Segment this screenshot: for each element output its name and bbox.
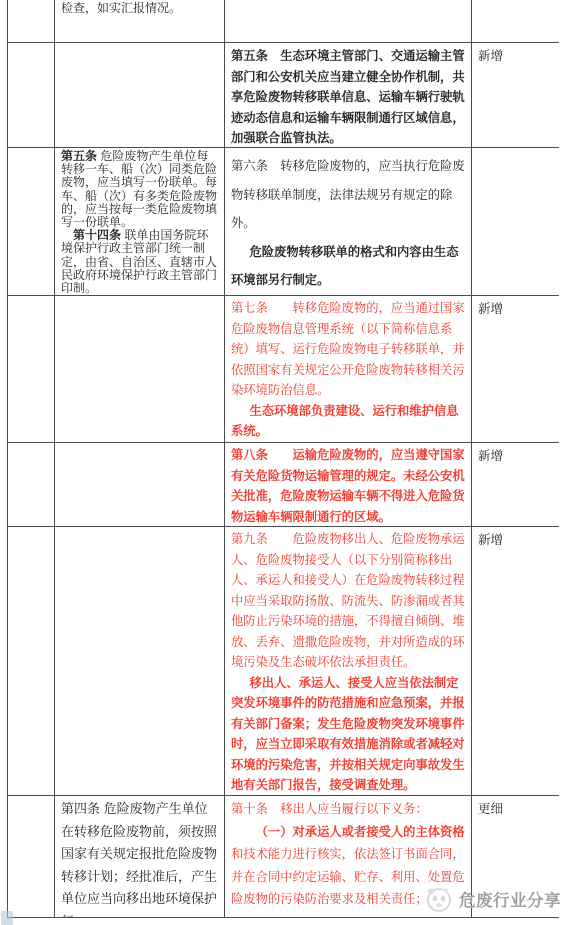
clause-text: 移出人、承运人、接受人应当依法制定突发环境事件的防范措施和应急预案，并报有关部门…	[231, 676, 465, 793]
clause-para: 第七条 转移危险废物的，应当通过国家危险废物信息管理系统（以下简称信息系统）填写…	[231, 298, 466, 401]
empty-cell	[8, 148, 55, 295]
clause-text: 危险废物转移联单的格式和内容由生态环境部另行制定。	[231, 245, 459, 288]
status-cell: 更细	[472, 796, 558, 917]
table-row: 第九条 危险废物移出人、危险废物承运人、危险废物接受人（以下分别简称移出人、承运…	[8, 527, 559, 796]
regulation-comparison-table: 检查，如实汇报情况。 第五条 生态环境主管部门、交通运输主管部门和公安机关应当建…	[7, 0, 559, 918]
status-cell: 新增	[472, 527, 558, 795]
clause-para: 第十条 移出人应当履行以下义务：	[231, 798, 466, 821]
clause-text-bold: （一）对承运人或者接受人的主体资格	[256, 825, 465, 839]
status-cell: 新增	[472, 296, 558, 442]
old-regulation-cell: 第五条 危险废物产生单位每转移一车、船（次）同类危险废物，应当填写一份联单。每车…	[55, 148, 225, 295]
status-badge: 新增	[478, 302, 503, 316]
clause-para: 移出人、承运人、接受人应当依法制定突发环境事件的防范措施和应急预案，并报有关部门…	[231, 673, 466, 796]
table-row: 第五条 危险废物产生单位每转移一车、船（次）同类危险废物，应当填写一份联单。每车…	[8, 148, 559, 296]
status-badge: 新增	[478, 449, 503, 463]
clause-para: 第六条 转移危险废物的，应当执行危险废物转移联单制度，法律法规另有规定的除外。	[231, 152, 466, 238]
empty-cell	[8, 527, 55, 795]
status-cell: 新增	[472, 43, 558, 147]
clause-text: 生态环境部负责建设、运行和维护信息系统。	[231, 404, 459, 439]
clause-text: 第四条 危险废物产生单位在转移危险废物前，须按照国家有关规定报批危险废物转移计划…	[61, 801, 217, 917]
new-regulation-cell: 第九条 危险废物移出人、危险废物承运人、危险废物接受人（以下分别简称移出人、承运…	[225, 527, 472, 795]
old-regulation-cell	[55, 527, 225, 795]
table-row: 第四条 危险废物产生单位在转移危险废物前，须按照国家有关规定报批危险废物转移计划…	[8, 796, 559, 918]
status-cell	[472, 0, 558, 42]
clause-text: 第九条 危险废物移出人、危险废物承运人、危险废物接受人（以下分别简称移出人、承运…	[231, 532, 465, 669]
empty-cell	[8, 296, 55, 442]
status-badge: 新增	[478, 533, 503, 547]
clause-text: 第七条 转移危险废物的，应当通过国家危险废物信息管理系统（以下简称信息系统）填写…	[231, 301, 465, 397]
new-regulation-cell: 第五条 生态环境主管部门、交通运输主管部门和公安机关应当建立健全协作机制，共享危…	[225, 43, 472, 147]
clause-para: 危险废物转移联单的格式和内容由生态环境部另行制定。	[231, 238, 466, 295]
clause-text: 检查，如实汇报情况。	[61, 1, 181, 15]
old-regulation-cell	[55, 43, 225, 147]
table-row: 第七条 转移危险废物的，应当通过国家危险废物信息管理系统（以下简称信息系统）填写…	[8, 296, 559, 443]
empty-cell	[8, 443, 55, 526]
empty-cell	[8, 796, 55, 917]
new-regulation-cell: 第七条 转移危险废物的，应当通过国家危险废物信息管理系统（以下简称信息系统）填写…	[225, 296, 472, 442]
clause-text: 第八条 运输危险废物的，应当遵守国家有关危险货物运输管理的规定。未经公安机关批准…	[231, 448, 465, 524]
old-regulation-cell: 第四条 危险废物产生单位在转移危险废物前，须按照国家有关规定报批危险废物转移计划…	[55, 796, 225, 917]
clause-text: 第十条 移出人应当履行以下义务：	[231, 802, 428, 816]
empty-cell	[8, 43, 55, 147]
old-regulation-cell: 检查，如实汇报情况。	[55, 0, 225, 42]
clause-para: 第五条 危险废物产生单位每转移一车、船（次）同类危险废物，应当填写一份联单。每车…	[61, 150, 218, 229]
clause-para: 第九条 危险废物移出人、危险废物承运人、危险废物接受人（以下分别简称移出人、承运…	[231, 529, 466, 673]
old-regulation-cell	[55, 443, 225, 526]
empty-cell	[8, 0, 55, 42]
clause-text: 第五条 生态环境主管部门、交通运输主管部门和公安机关应当建立健全协作机制，共享危…	[231, 49, 465, 145]
clause-text: 和技术能力进行核实，依法签订书面合同，并在合同中约定运输、贮存、利用、处置危险废…	[231, 847, 465, 906]
clause-para: 检查，如实汇报情况。	[61, 2, 218, 15]
clause-para: （一）对承运人或者接受人的主体资格和技术能力进行核实，依法签订书面合同，并在合同…	[231, 821, 466, 911]
corner-artifact	[1, 911, 13, 925]
clause-para: 第八条 运输危险废物的，应当遵守国家有关危险货物运输管理的规定。未经公安机关批准…	[231, 445, 466, 526]
table-row: 检查，如实汇报情况。	[8, 0, 559, 43]
new-regulation-cell: 第八条 运输危险废物的，应当遵守国家有关危险货物运输管理的规定。未经公安机关批准…	[225, 443, 472, 526]
new-regulation-cell	[225, 0, 472, 42]
clause-para: 第五条 生态环境主管部门、交通运输主管部门和公安机关应当建立健全协作机制，共享危…	[231, 46, 466, 147]
status-badge: 新增	[478, 49, 503, 63]
table-row: 第八条 运输危险废物的，应当遵守国家有关危险货物运输管理的规定。未经公安机关批准…	[8, 443, 559, 527]
status-cell	[472, 148, 558, 295]
clause-para: 第十四条 联单由国务院环境保护行政主管部门统一制定，由省、自治区、直辖市人民政府…	[61, 229, 218, 295]
table-row: 第五条 生态环境主管部门、交通运输主管部门和公安机关应当建立健全协作机制，共享危…	[8, 43, 559, 148]
clause-number: 第五条	[61, 149, 97, 163]
new-regulation-cell: 第十条 移出人应当履行以下义务： （一）对承运人或者接受人的主体资格和技术能力进…	[225, 796, 472, 917]
status-badge: 更细	[478, 802, 503, 816]
clause-para: 生态环境部负责建设、运行和维护信息系统。	[231, 401, 466, 442]
clause-para: 第四条 危险废物产生单位在转移危险废物前，须按照国家有关规定报批危险废物转移计划…	[61, 798, 218, 917]
status-cell: 新增	[472, 443, 558, 526]
new-regulation-cell: 第六条 转移危险废物的，应当执行危险废物转移联单制度，法律法规另有规定的除外。 …	[225, 148, 472, 295]
clause-text: 第六条 转移危险废物的，应当执行危险废物转移联单制度，法律法规另有规定的除外。	[231, 159, 465, 230]
old-regulation-cell	[55, 296, 225, 442]
